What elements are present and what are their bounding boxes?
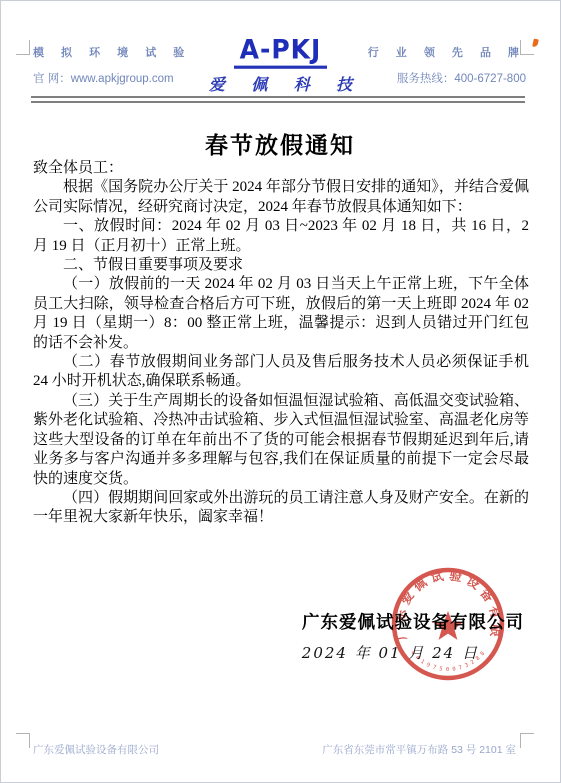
paragraph-item-2: （二）春节放假期间业务部门人员及售后服务技术人员必须保证手机 24 小时开机状态… (33, 353, 529, 392)
footer-company-name: 广东爱佩试验设备有限公司 (33, 742, 159, 757)
footer-address: 广东省东莞市常平镇万布路 53 号 2101 室 (322, 742, 516, 757)
header-hotline: 服务热线：400-6727-800 (368, 70, 526, 86)
header-double-rule (31, 96, 525, 103)
paragraph-item-4: （四）假期期间回家或外出游玩的员工请注意人身及财产安全。在新的一年里祝大家新年快… (33, 489, 529, 528)
header-right-slogan: 行 业 领 先 品 牌 (368, 44, 526, 60)
paragraph-item-3: （三）关于生产周期长的设备如恒温恒湿试验箱、高低温交变试验箱、紫外老化试验箱、冷… (33, 392, 529, 489)
paragraph-holiday-dates: 一、放假时间：2024 年 02 月 03 日~2023 年 02 月 18 日… (33, 217, 529, 256)
margin-mark-bottom-right (520, 733, 534, 748)
signature-date: 2024 年 01 月 24 日 (302, 642, 479, 663)
margin-mark-bottom-left (16, 733, 30, 748)
logo-orange-accent-icon (532, 39, 539, 48)
signature-company-name: 广东爱佩试验设备有限公司 (302, 609, 524, 634)
notice-title: 春节放假通知 (31, 127, 529, 160)
logo-wordmark: A-PKJ (234, 36, 328, 69)
paragraph-item-1: （一）放假前的一天 2024 年 02 月 03 日当天上午正常上班，下午全体员… (33, 275, 529, 353)
header-right-block: 行 业 领 先 品 牌 服务热线：400-6727-800 (368, 44, 526, 86)
paragraph-section-heading: 二、节假日重要事项及要求 (33, 256, 529, 275)
salutation-line: 致全体员工： (33, 159, 529, 178)
notice-document-page: { "header": { "left": { "slogan": "模 拟 环… (0, 0, 561, 783)
paragraph-intro: 根据《国务院办公厅关于 2024 年部分节假日安排的通知》，并结合爱佩公司实际情… (33, 178, 529, 217)
notice-body: 致全体员工： 根据《国务院办公厅关于 2024 年部分节假日安排的通知》，并结合… (33, 159, 529, 528)
